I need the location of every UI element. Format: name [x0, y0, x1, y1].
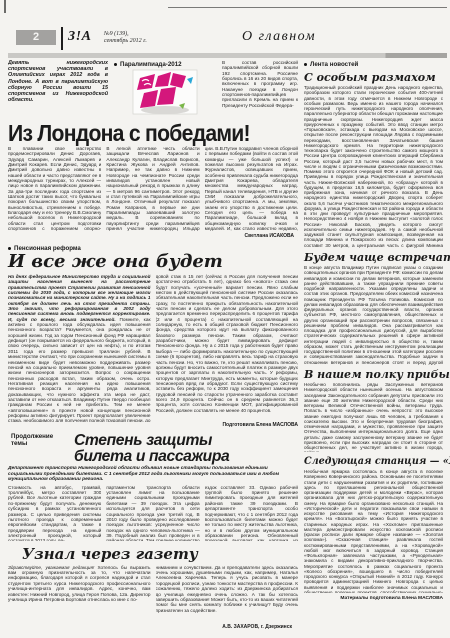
bullet-icon [8, 247, 11, 250]
newspaper-logo: З!А [68, 29, 91, 45]
letter-byline: А.В. ЗАХАРОВ, г. Дзержинск [8, 624, 298, 630]
newsfeed-region: Лента новостей С особым размахом Традици… [304, 60, 443, 601]
article-travel-ticket: Продолжение темы Степень защиты билета и… [8, 433, 298, 541]
pension-lead-paragraph: На днях федеральное Министерство труда и… [8, 274, 151, 322]
london2012-paralympics-logo-image [132, 69, 198, 115]
article-paralympics: Девять нижегородских спортсменов участво… [8, 60, 298, 240]
news-headline-2: Будем чаще встречаться [304, 251, 437, 264]
london-intro-paragraph: В состав российской паралимпийской сборн… [222, 60, 298, 120]
news-text-4: Необычная ярмарка состоялась в конце авг… [304, 469, 443, 593]
news-headline-3: В нашем полку прибыло [304, 368, 437, 381]
pension-byline: Подготовила Елена МАСЛОВА [8, 422, 298, 428]
ticket-lead-paragraph: Департамент транспорта Нижегородской обл… [8, 466, 298, 483]
newspaper-page: 2 З!А №9 (139), сентябрь 2012 г. О главн… [0, 0, 450, 638]
rubric-label: Продолжение темы [11, 433, 70, 464]
pension-body-text: Помните, как активно с прошлого года обс… [8, 317, 151, 422]
article-reader-letter: Узнал через газету Здравствуйте, уважаем… [8, 546, 298, 630]
scan-artifact-line [168, 7, 447, 8]
london-column-2: В легкой атлетике честь области защищали… [106, 146, 199, 232]
news-text-3: Необычно пополнились ряды Заслуженных ве… [304, 382, 443, 452]
rubric-followup: Продолжение темы [8, 433, 70, 464]
scan-artifact-tick [4, 0, 6, 13]
page-number-box: 2 [16, 30, 56, 45]
letter-salutation: Здравствуйте, уважаемая редакция! [8, 565, 94, 570]
ticket-column-2: партаментом транспорта области установле… [106, 485, 199, 541]
page-header: 2 З!А №9 (139), сентябрь 2012 г. О главн… [14, 27, 442, 51]
article-pension-reform: Пенсионная реформа И все же она будет На… [8, 244, 298, 428]
headline-letter: Узнал через газету [8, 546, 298, 563]
news-text-2: В конце августа Владимир Путин подписал … [304, 265, 443, 365]
london-column-1: В плавании свое мастерство продемонстрир… [8, 146, 101, 232]
newsfeed-byline: Материалы подготовила Елена МАСЛОВА [304, 596, 443, 601]
header-divider [61, 27, 63, 50]
headline-ticket: Степень защиты билета и пассажира [74, 433, 241, 464]
left-column-region: Девять нижегородских спортсменов участво… [8, 60, 298, 630]
bullet-icon [304, 63, 307, 66]
paralympics-logo-cell: Паралимпиада-2012 [114, 60, 216, 120]
london-lead-paragraph: Девять нижегородских спортсменов участво… [8, 60, 108, 120]
rubric-label: Лента новостей [310, 61, 358, 68]
rubric-paralympics: Паралимпиада-2012 [114, 60, 216, 68]
ticket-column-3: ездок составляет 33. Однако рабочей груп… [205, 485, 298, 541]
letter-column-1: Здравствуйте, уважаемая редакция! Хотело… [8, 565, 151, 623]
header-rule-bar [8, 53, 447, 58]
london-byline: Светлана ИСАКОВА [8, 233, 298, 240]
issue-date: сентябрь 2012 г. [104, 38, 147, 45]
rubric-label: Паралимпиада-2012 [120, 61, 182, 68]
headline-pension: И все же она будет [8, 252, 298, 272]
news-text-1: Традиционный российский праздник День на… [304, 85, 443, 248]
letter-body-text: Хотелось бы выразить вам огромную призна… [8, 565, 151, 602]
section-title: О главном [242, 29, 316, 45]
bullet-icon [114, 63, 117, 66]
issue-number: №9 (139), [104, 31, 147, 38]
pension-column-1: На днях федеральное Министерство труда и… [8, 274, 151, 422]
news-headline-1: С особым размахом [304, 71, 437, 84]
pension-column-2: довой стаж в 15 лет (сейчас в России для… [156, 274, 299, 422]
rubric-newsfeed: Лента новостей [304, 60, 443, 68]
issue-info: №9 (139), сентябрь 2012 г. [104, 31, 147, 45]
headline-london: Из Лондона с победами! [8, 122, 275, 144]
ticket-column-1: Стоимость на автобус, трамвай, троллейбу… [8, 485, 101, 541]
news-headline-4: Следующая станция — «Хохлома» [304, 455, 437, 468]
letter-column-2: ниманием и сочувствием. Да и преподавате… [156, 565, 299, 623]
london-column-3: ции. В.В.Путин поздравил членов сборной … [205, 146, 298, 232]
